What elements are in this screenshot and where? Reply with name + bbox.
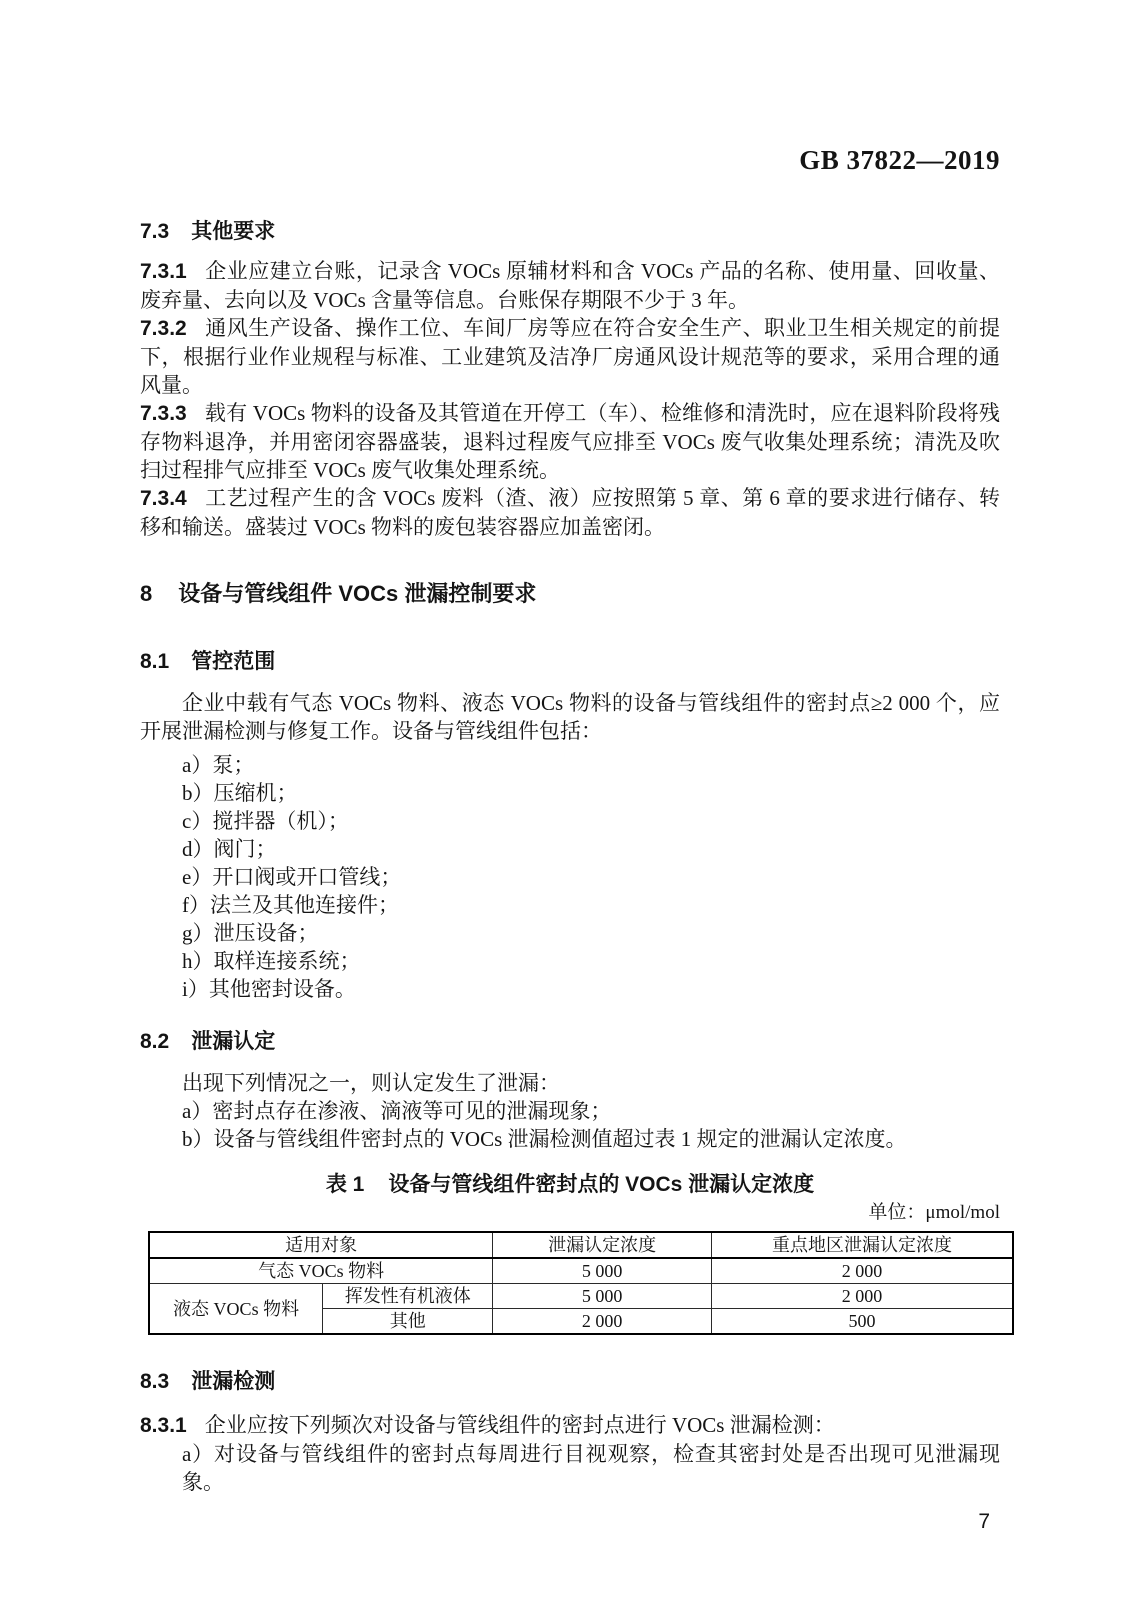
section-title: 管控范围 — [191, 649, 275, 675]
table-1-label: 表 1 — [326, 1173, 365, 1196]
clause-number: 7.3.2 — [140, 317, 187, 340]
section-heading-8: 8 设备与管线组件 VOCs 泄漏控制要求 — [140, 579, 1000, 609]
clause-text: 载有 VOCs 物料的设备及其管道在开停工（车）、检维修和清洗时，应在退料阶段将… — [140, 401, 1000, 482]
list-item-f: f）法兰及其他连接件； — [182, 891, 1000, 919]
cell-liquid-voc-concentration: 5 000 — [493, 1284, 712, 1309]
page-number: 7 — [140, 1510, 1000, 1534]
cell-liquid-voc-key-region: 2 000 — [711, 1284, 1013, 1309]
leak-condition-a: a）密封点存在渗液、滴液等可见的泄漏现象； — [182, 1097, 1000, 1125]
section-title: 设备与管线组件 VOCs 泄漏控制要求 — [178, 579, 536, 609]
clause-8-3-1: 8.3.1企业应按下列频次对设备与管线组件的密封点进行 VOCs 泄漏检测： — [140, 1411, 1000, 1440]
clause-text: 企业应建立台账，记录含 VOCs 原辅材料和含 VOCs 产品的名称、使用量、回… — [140, 259, 1000, 312]
section-heading-8-1: 8.1 管控范围 — [140, 649, 1000, 675]
list-item-c: c）搅拌器（机）； — [182, 807, 1000, 835]
clauses-7-3: 7.3.1企业应建立台账，记录含 VOCs 原辅材料和含 VOCs 产品的名称、… — [140, 257, 1000, 541]
table-1: 适用对象 泄漏认定浓度 重点地区泄漏认定浓度 气态 VOCs 物料 5 000 … — [148, 1231, 1014, 1335]
col-header-key-region: 重点地区泄漏认定浓度 — [711, 1232, 1013, 1258]
table-1-caption: 表 1设备与管线组件密封点的 VOCs 泄漏认定浓度 — [140, 1171, 1000, 1199]
cell-liquid-label: 液态 VOCs 物料 — [149, 1284, 323, 1335]
table-1-title: 设备与管线组件密封点的 VOCs 泄漏认定浓度 — [388, 1173, 814, 1196]
clause-number: 7.3.1 — [140, 260, 187, 283]
section-number: 8.3 — [140, 1369, 169, 1395]
table-header-row: 适用对象 泄漏认定浓度 重点地区泄漏认定浓度 — [149, 1232, 1013, 1258]
list-item-g: g）泄压设备； — [182, 919, 1000, 947]
table-1-unit: 单位：μmol/mol — [140, 1201, 1000, 1225]
col-header-concentration: 泄漏认定浓度 — [493, 1232, 712, 1258]
section-number: 8 — [140, 579, 152, 609]
leak-condition-b: b）设备与管线组件密封点的 VOCs 泄漏检测值超过表 1 规定的泄漏认定浓度。 — [182, 1125, 1000, 1153]
list-item-i: i）其他密封设备。 — [182, 975, 1000, 1003]
section-heading-8-3: 8.3 泄漏检测 — [140, 1369, 1000, 1395]
list-item-a: a）泵； — [182, 751, 1000, 779]
list-item-e: e）开口阀或开口管线； — [182, 863, 1000, 891]
clause-7-3-4: 7.3.4工艺过程产生的含 VOCs 废料（渣、液）应按照第 5 章、第 6 章… — [140, 484, 1000, 541]
clause-7-3-1: 7.3.1企业应建立台账，记录含 VOCs 原辅材料和含 VOCs 产品的名称、… — [140, 257, 1000, 314]
section-title: 其他要求 — [191, 219, 275, 245]
equipment-list: a）泵； b）压缩机； c）搅拌器（机）； d）阀门； e）开口阀或开口管线； … — [140, 751, 1000, 1003]
list-item-b: b）压缩机； — [182, 779, 1000, 807]
clause-number: 7.3.4 — [140, 487, 187, 510]
paragraph-8-2-intro: 出现下列情况之一，则认定发生了泄漏： — [140, 1069, 1000, 1097]
section-heading-7-3: 7.3 其他要求 — [140, 219, 1000, 245]
paragraph-8-1: 企业中载有气态 VOCs 物料、液态 VOCs 物料的设备与管线组件的密封点≥2… — [140, 689, 1000, 745]
cell-liquid-voc-label: 挥发性有机液体 — [323, 1284, 493, 1309]
clause-7-3-3: 7.3.3载有 VOCs 物料的设备及其管道在开停工（车）、检维修和清洗时，应在… — [140, 399, 1000, 484]
list-item-d: d）阀门； — [182, 835, 1000, 863]
table-row-liquid-voc: 液态 VOCs 物料 挥发性有机液体 5 000 2 000 — [149, 1284, 1013, 1309]
clause-7-3-2: 7.3.2通风生产设备、操作工位、车间厂房等应在符合安全生产、职业卫生相关规定的… — [140, 314, 1000, 399]
clause-text: 工艺过程产生的含 VOCs 废料（渣、液）应按照第 5 章、第 6 章的要求进行… — [140, 486, 1000, 539]
clause-text: 通风生产设备、操作工位、车间厂房等应在符合安全生产、职业卫生相关规定的前提下，根… — [140, 316, 1000, 397]
section-title: 泄漏检测 — [191, 1369, 275, 1395]
cell-gas-label: 气态 VOCs 物料 — [149, 1258, 493, 1284]
col-header-object: 适用对象 — [149, 1232, 493, 1258]
section-number: 8.2 — [140, 1029, 169, 1055]
section-number: 7.3 — [140, 219, 169, 245]
detection-item-a: a）对设备与管线组件的密封点每周进行目视观察，检查其密封处是否出现可见泄漏现象。 — [182, 1440, 1000, 1496]
section-heading-8-2: 8.2 泄漏认定 — [140, 1029, 1000, 1055]
cell-gas-key-region: 2 000 — [711, 1258, 1013, 1284]
section-title: 泄漏认定 — [191, 1029, 275, 1055]
section-number: 8.1 — [140, 649, 169, 675]
standard-number: GB 37822—2019 — [140, 145, 1000, 175]
list-item-h: h）取样连接系统； — [182, 947, 1000, 975]
cell-liquid-other-concentration: 2 000 — [493, 1309, 712, 1335]
clause-number: 7.3.3 — [140, 402, 187, 425]
clause-number: 8.3.1 — [140, 1414, 187, 1437]
document-page: GB 37822—2019 7.3 其他要求 7.3.1企业应建立台账，记录含 … — [0, 0, 1140, 1600]
table-row-gas: 气态 VOCs 物料 5 000 2 000 — [149, 1258, 1013, 1284]
cell-liquid-other-key-region: 500 — [711, 1309, 1013, 1335]
cell-gas-concentration: 5 000 — [493, 1258, 712, 1284]
clause-text: 企业应按下列频次对设备与管线组件的密封点进行 VOCs 泄漏检测： — [205, 1413, 835, 1437]
cell-liquid-other-label: 其他 — [323, 1309, 493, 1335]
